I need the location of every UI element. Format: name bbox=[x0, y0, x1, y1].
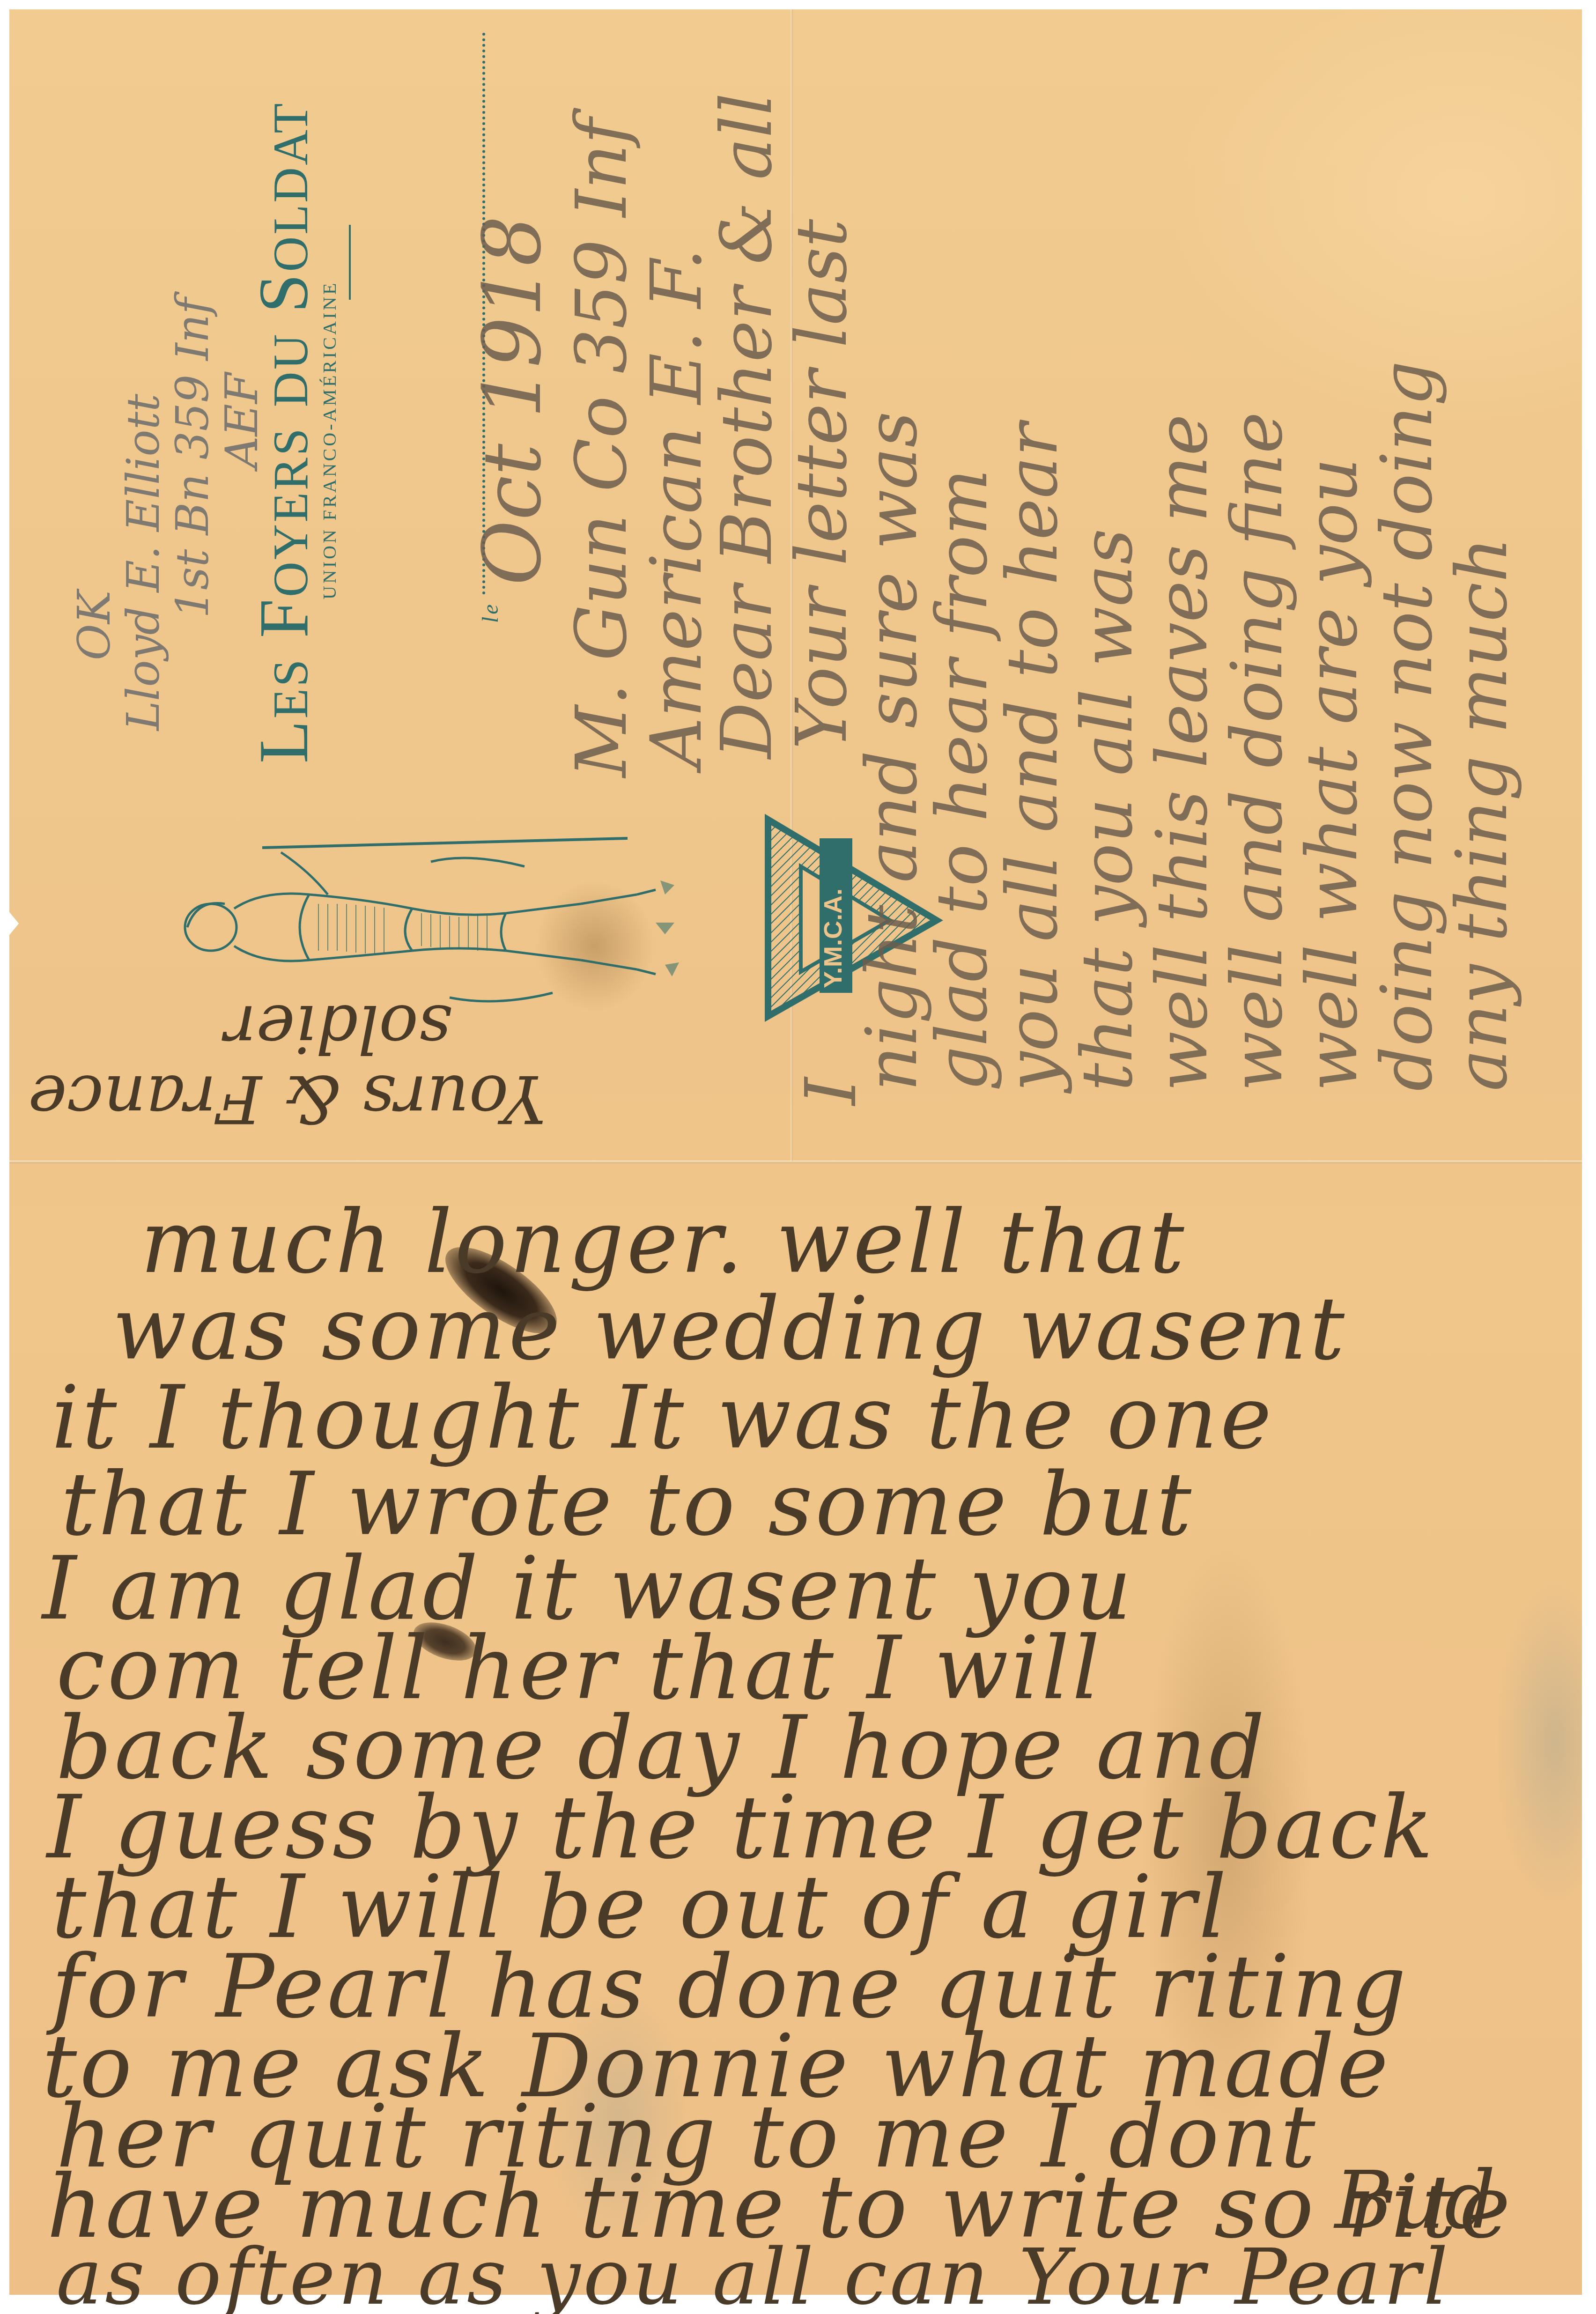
ymca-label: Y.M.C.A. bbox=[819, 888, 847, 988]
upside-down-line: Yours & France bbox=[28, 1063, 546, 1133]
rotated-letter-line: Your letter last bbox=[787, 219, 857, 749]
upside-down-line: soldier bbox=[28, 993, 546, 1063]
date-prefix: le bbox=[478, 602, 503, 623]
letterhead-divider bbox=[349, 225, 351, 300]
letter-line: was some wedding wasent bbox=[112, 1286, 1347, 1372]
rotated-letter-start-word: I bbox=[796, 1078, 866, 1105]
letter-line: it I thought It was the one bbox=[52, 1375, 1274, 1461]
return-address-line: 1st Bn 359 Inf bbox=[169, 298, 218, 731]
rotated-letter-line: night and sure was bbox=[857, 412, 927, 1091]
letter-line: that I wrote to some but bbox=[61, 1461, 1194, 1548]
rotated-letter-line: any thing much bbox=[1447, 537, 1517, 1091]
signature: Bud bbox=[1335, 2154, 1495, 2247]
letter-line: much longer. well that bbox=[140, 1199, 1187, 1286]
letter-line: as often as you all can Your Pearl bbox=[56, 2239, 1451, 2314]
rotated-letter-line: you all and to hear bbox=[997, 423, 1068, 1091]
rotated-letter-line: doing now not doing bbox=[1372, 361, 1442, 1091]
return-address-line: OK bbox=[70, 298, 119, 731]
rotated-letter-line: M. Gun Co 359 Inf bbox=[567, 118, 637, 777]
return-address-line: Lloyd E. Elliott bbox=[119, 298, 169, 731]
horizontal-fold-crease bbox=[9, 1161, 1582, 1163]
rotated-letter-line: well what are you bbox=[1297, 458, 1367, 1091]
letterhead-subtitle: UNION FRANCO-AMÉRICAINE bbox=[318, 281, 340, 599]
rotated-letter-line: glad to hear from bbox=[927, 469, 997, 1091]
rotated-letter-line: that you all was bbox=[1072, 529, 1143, 1091]
rotated-letter-line: well and doing fine bbox=[1222, 412, 1293, 1091]
letter-date: Oct 1918 bbox=[473, 215, 553, 585]
rotated-letter-line: well this leaves me bbox=[1147, 414, 1218, 1091]
letterhead-title: Les Foyers du Soldat bbox=[244, 101, 324, 763]
upside-down-note: Yours & France soldier bbox=[28, 993, 546, 1133]
rotated-letter-line: Dear Brother & all bbox=[712, 93, 782, 759]
return-address: OK Lloyd E. Elliott 1st Bn 359 Inf AEF bbox=[70, 298, 267, 731]
rotated-letter-line: American E. F. bbox=[642, 248, 712, 768]
